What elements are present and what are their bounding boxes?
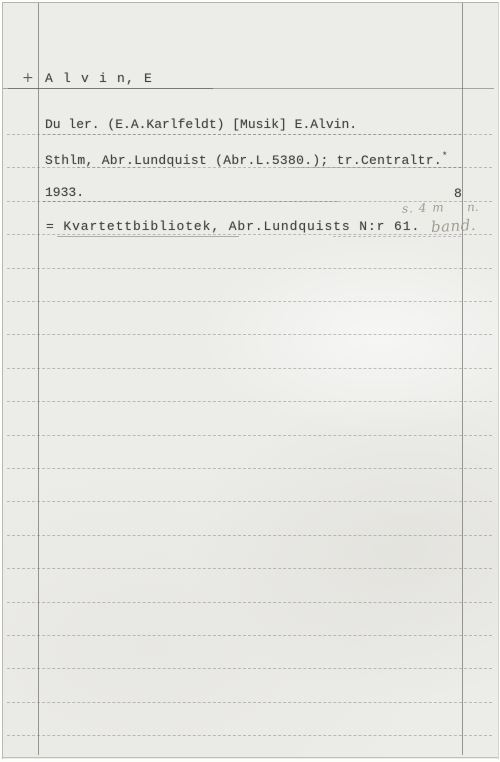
cross-mark: +: [22, 71, 34, 85]
heading-name: A l v i n, E: [45, 72, 153, 85]
left-margin-line: [38, 3, 39, 755]
catalog-card: + A l v i n, E Du ler. (E.A.Karlfeldt) […: [2, 2, 499, 759]
title-line: Du ler. (E.A.Karlfeldt) [Musik] E.Alvin.: [45, 118, 357, 131]
scanned-catalog-card-image: + A l v i n, E Du ler. (E.A.Karlfeldt) […: [0, 0, 500, 762]
imprint-line: Sthlm, Abr.Lundquist (Abr.L.5380.); tr.C…: [45, 152, 447, 167]
handwritten-note-left: s. 4 m: [402, 201, 445, 214]
series-underline-2: [333, 236, 461, 237]
card-bottom-edge: [3, 757, 498, 758]
year-underline: [43, 201, 338, 202]
imprint-superscript-mark: *: [442, 151, 447, 161]
right-margin-line: [462, 3, 463, 755]
handwritten-band-note: band.: [431, 218, 477, 235]
handwritten-note-right: n.: [467, 201, 479, 214]
heading-underline: [8, 88, 213, 89]
imprint-text: Sthlm, Abr.Lundquist (Abr.L.5380.); tr.C…: [45, 153, 442, 168]
title-underline: [43, 134, 461, 135]
plate-number: 8: [454, 187, 462, 200]
series-line: = Kvartettbibliotek, Abr.Lundquists N:r …: [46, 220, 420, 233]
year-line: 1933.: [45, 186, 84, 199]
series-underline-1: [57, 236, 239, 237]
